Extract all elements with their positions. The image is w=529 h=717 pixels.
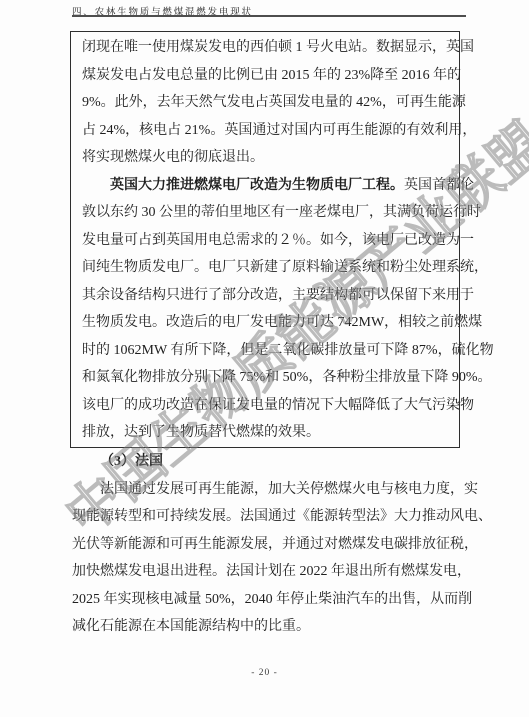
framed-text-box: 闭现在唯一使用煤炭发电的西伯顿 1 号火电站。数据显示，英国煤炭发电占发电总量的… xyxy=(70,31,460,448)
text-line: 减化石能源在本国能源结构中的比重。 xyxy=(72,613,462,641)
text-line: 生物质发电。改造后的电厂发电能力可达 742MW，相较之前燃煤 xyxy=(82,309,449,337)
text-line: 该电厂的成功改造在保证发电量的情况下大幅降低了大气污染物 xyxy=(82,392,449,420)
text-line: 现能源转型和可持续发展。法国通过《能源转型法》大力推动风电、 xyxy=(72,503,462,531)
text-line: 煤炭发电占发电总量的比例已由 2015 年的 23%降至 2016 年的 xyxy=(82,62,449,90)
header-divider-rule xyxy=(72,15,466,17)
france-paragraph: 法国通过发展可再生能源，加大关停燃煤火电与核电力度，实现能源转型和可持续发展。法… xyxy=(72,476,462,641)
text-line: 其余设备结构只进行了部分改造，主要结构都可以保留下来用于 xyxy=(82,282,449,310)
text-line: 和氮氧化物排放分别下降 75%和 50%，各种粉尘排放量下降 90%。 xyxy=(82,364,449,392)
section-heading-france: （3）法国 xyxy=(72,448,462,476)
text-line: 排放，达到了生物质替代燃煤的效果。 xyxy=(82,419,449,447)
text-line: 9%。此外，去年天然气发电占英国发电量的 42%，可再生能源 xyxy=(82,89,449,117)
text-line: 光伏等新能源和可再生能源发展，并通过对燃煤发电碳排放征税， xyxy=(72,531,462,559)
text-line: 法国通过发展可再生能源，加大关停燃煤火电与核电力度，实 xyxy=(72,476,462,504)
text-line: 占 24%，核电占 21%。英国通过对国内可再生能源的有效利用， xyxy=(82,117,449,145)
text-line: 敦以东约 30 公里的蒂伯里地区有一座老煤电厂，其满负荷运行时 xyxy=(82,199,449,227)
text-line: 间纯生物质发电厂。电厂只新建了原料输送系统和粉尘处理系统， xyxy=(82,254,449,282)
text-line: 将实现燃煤火电的彻底退出。 xyxy=(82,144,449,172)
text-line: 闭现在唯一使用煤炭发电的西伯顿 1 号火电站。数据显示，英国 xyxy=(82,34,449,62)
text-line: 发电量可占到英国用电总需求的２％。如今，该电厂已改造为一 xyxy=(82,227,449,255)
section-france: （3）法国 法国通过发展可再生能源，加大关停燃煤火电与核电力度，实现能源转型和可… xyxy=(72,448,462,641)
text-line: 英国大力推进燃煤电厂改造为生物质电厂工程。英国首都伦 xyxy=(82,172,449,200)
text-line: 2025 年实现核电减量 50%，2040 年停止柴油汽车的出售，从而削 xyxy=(72,586,462,614)
text-line: 时的 1062MW 有所下降，但是二氧化碳排放量可下降 87%，硫化物 xyxy=(82,337,449,365)
page-number: - 20 - xyxy=(0,668,529,678)
text-line: 加快燃煤发电退出进程。法国计划在 2022 年退出所有燃煤发电， xyxy=(72,558,462,586)
